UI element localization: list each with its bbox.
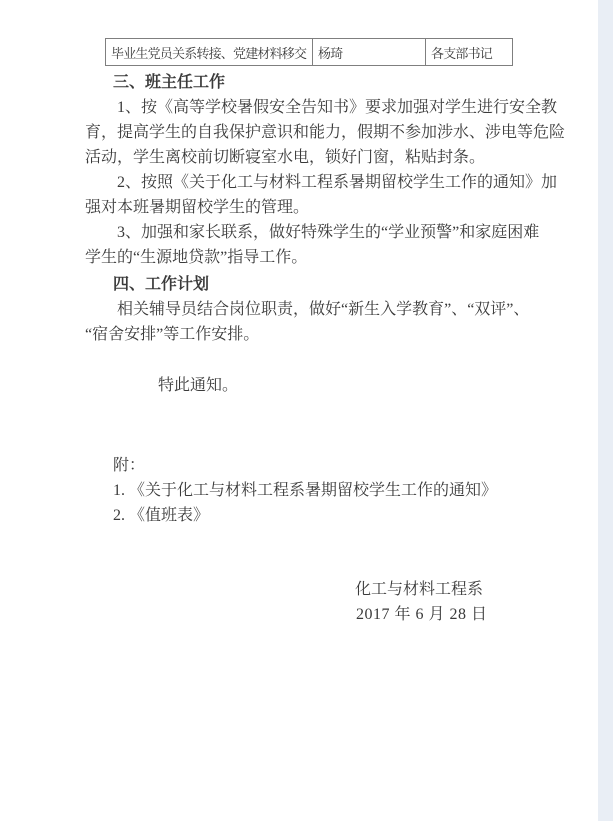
paragraph: 相关辅导员结合岗位职责，做好“新生入学教育”、“双评”、 “宿舍安排”等工作安排… <box>85 297 580 347</box>
text-line: 学生的“生源地贷款”指导工作。 <box>85 245 580 270</box>
signature-organization: 化工与材料工程系 <box>355 577 483 602</box>
handover-table: 毕业生党员关系转接、党建材料移交 杨琦 各支部书记 <box>105 38 513 66</box>
attachments-label: 附： <box>85 453 580 478</box>
document-page: 毕业生党员关系转接、党建材料移交 杨琦 各支部书记 三、班主任工作 1、按《高等… <box>0 0 613 821</box>
attachments-block: 附： 1. 《关于化工与材料工程系暑期留校学生工作的通知》 2. 《值班表》 <box>85 453 580 528</box>
closing-notice: 特此通知。 <box>85 373 580 398</box>
table-row: 毕业生党员关系转接、党建材料移交 杨琦 各支部书记 <box>106 39 513 66</box>
paragraph: 1、按《高等学校暑假安全告知书》要求加强对学生进行安全教 育，提高学生的自我保护… <box>85 95 580 170</box>
viewer-background-strip <box>598 0 613 821</box>
document-body: 三、班主任工作 1、按《高等学校暑假安全告知书》要求加强对学生进行安全教 育，提… <box>85 70 580 528</box>
table-cell-owner: 各支部书记 <box>426 39 513 66</box>
section-heading-4: 四、工作计划 <box>85 272 580 297</box>
text-line: 2、按照《关于化工与材料工程系暑期留校学生工作的通知》加 <box>85 170 580 195</box>
table-cell-task: 毕业生党员关系转接、党建材料移交 <box>106 39 313 66</box>
text-line: 1、按《高等学校暑假安全告知书》要求加强对学生进行安全教 <box>85 95 580 120</box>
text-line: 3、加强和家长联系，做好特殊学生的“学业预警”和家庭困难 <box>85 220 580 245</box>
attachment-item: 2. 《值班表》 <box>85 503 580 528</box>
signature-date: 2017 年 6 月 28 日 <box>356 602 488 627</box>
paragraph: 3、加强和家长联系，做好特殊学生的“学业预警”和家庭困难 学生的“生源地贷款”指… <box>85 220 580 270</box>
text-line: 相关辅导员结合岗位职责，做好“新生入学教育”、“双评”、 <box>85 297 580 322</box>
section-heading-3: 三、班主任工作 <box>85 70 580 95</box>
text-line: 育，提高学生的自我保护意识和能力，假期不参加涉水、涉电等危险 <box>85 120 580 145</box>
text-line: “宿舍安排”等工作安排。 <box>85 322 580 347</box>
text-line: 活动，学生离校前切断寝室水电，锁好门窗，粘贴封条。 <box>85 145 580 170</box>
table-cell-person: 杨琦 <box>313 39 426 66</box>
text-line: 强对本班暑期留校学生的管理。 <box>85 195 580 220</box>
attachment-item: 1. 《关于化工与材料工程系暑期留校学生工作的通知》 <box>85 478 580 503</box>
paragraph: 2、按照《关于化工与材料工程系暑期留校学生工作的通知》加 强对本班暑期留校学生的… <box>85 170 580 220</box>
